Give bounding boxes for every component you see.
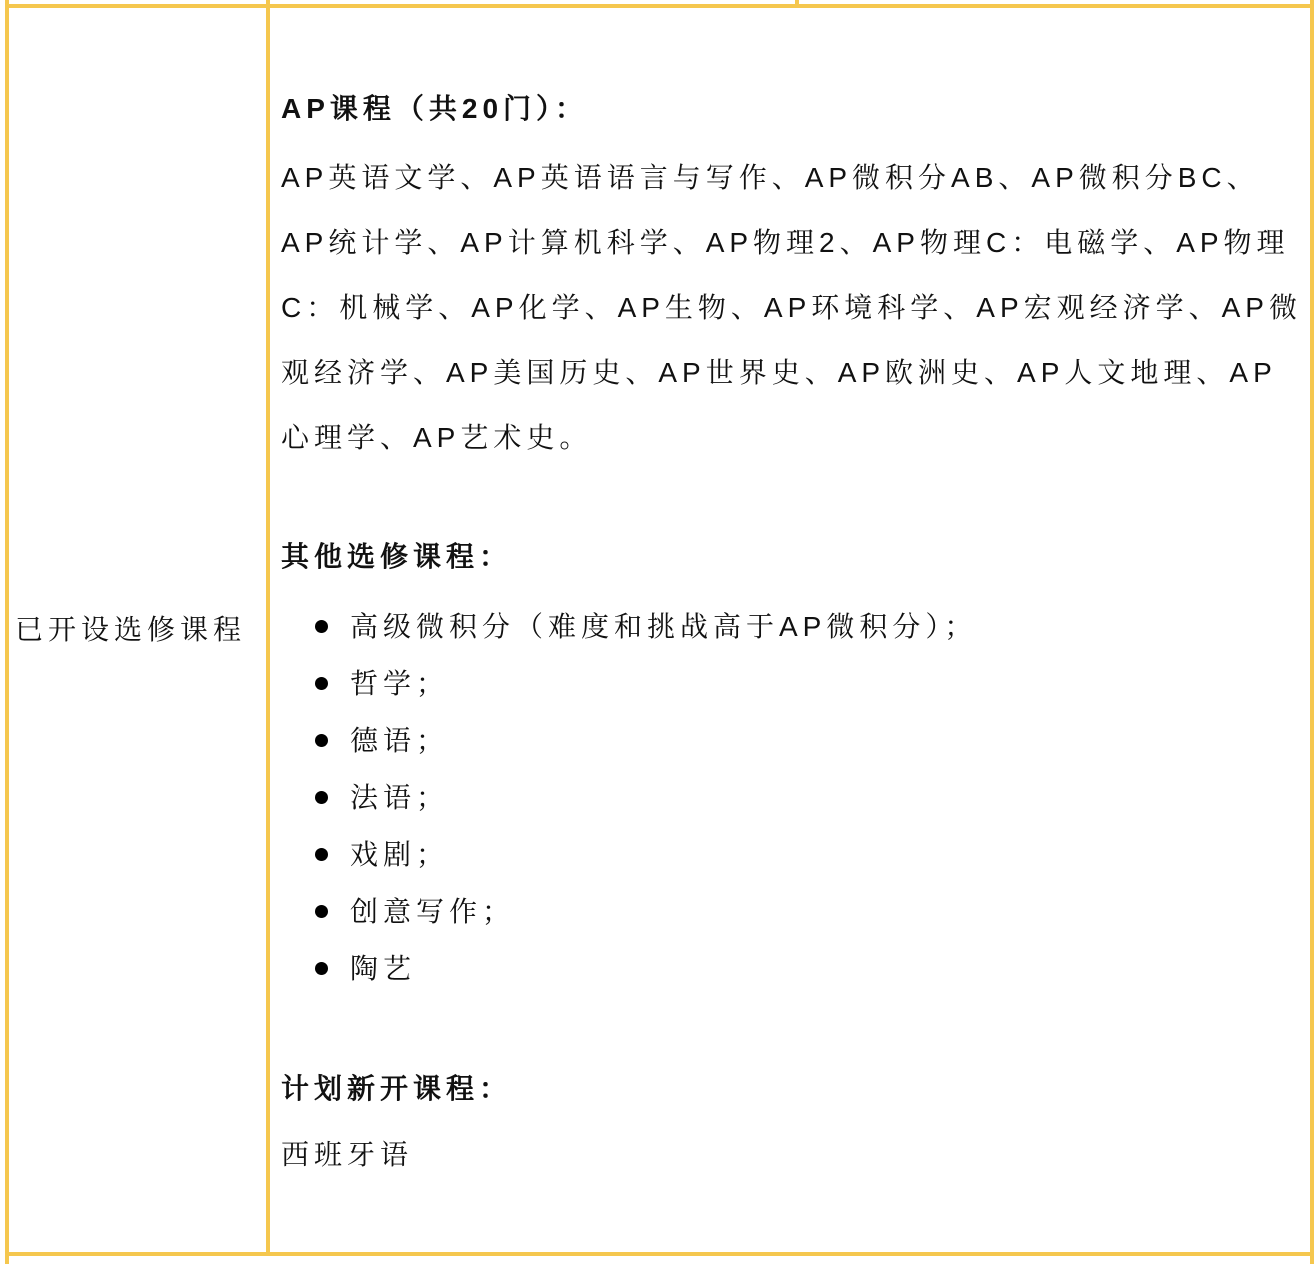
table-border-right <box>1310 0 1314 1264</box>
planned-courses-heading: 计划新开课程： <box>281 1074 1302 1104</box>
list-item: 陶艺 <box>281 940 1302 997</box>
list-item: 德语； <box>281 712 1302 769</box>
row-content-cell: AP课程（共20门）： AP英语文学、AP英语语言与写作、AP微积分AB、AP微… <box>270 8 1310 1252</box>
list-item: 法语； <box>281 769 1302 826</box>
other-electives-list: 高级微积分（难度和挑战高于AP微积分）； 哲学； 德语； 法语； 戏剧； 创意写… <box>281 598 1302 997</box>
list-item: 高级微积分（难度和挑战高于AP微积分）； <box>281 598 1302 655</box>
other-electives-heading: 其他选修课程： <box>281 542 1302 572</box>
row-header-cell: 已开设选修课程 <box>9 8 266 1252</box>
document-page: 已开设选修课程 AP课程（共20门）： AP英语文学、AP英语语言与写作、AP微… <box>0 0 1316 1264</box>
ap-courses-heading: AP课程（共20门）： <box>281 94 1302 124</box>
row-header-label: 已开设选修课程 <box>15 610 246 650</box>
ap-courses-list: AP英语文学、AP英语语言与写作、AP微积分AB、AP微积分BC、AP统计学、A… <box>281 145 1302 470</box>
list-item: 哲学； <box>281 655 1302 712</box>
planned-courses-body: 西班牙语 <box>281 1140 1302 1170</box>
list-item: 戏剧； <box>281 826 1302 883</box>
list-item: 创意写作； <box>281 883 1302 940</box>
table-border-bottom <box>5 1252 1314 1256</box>
